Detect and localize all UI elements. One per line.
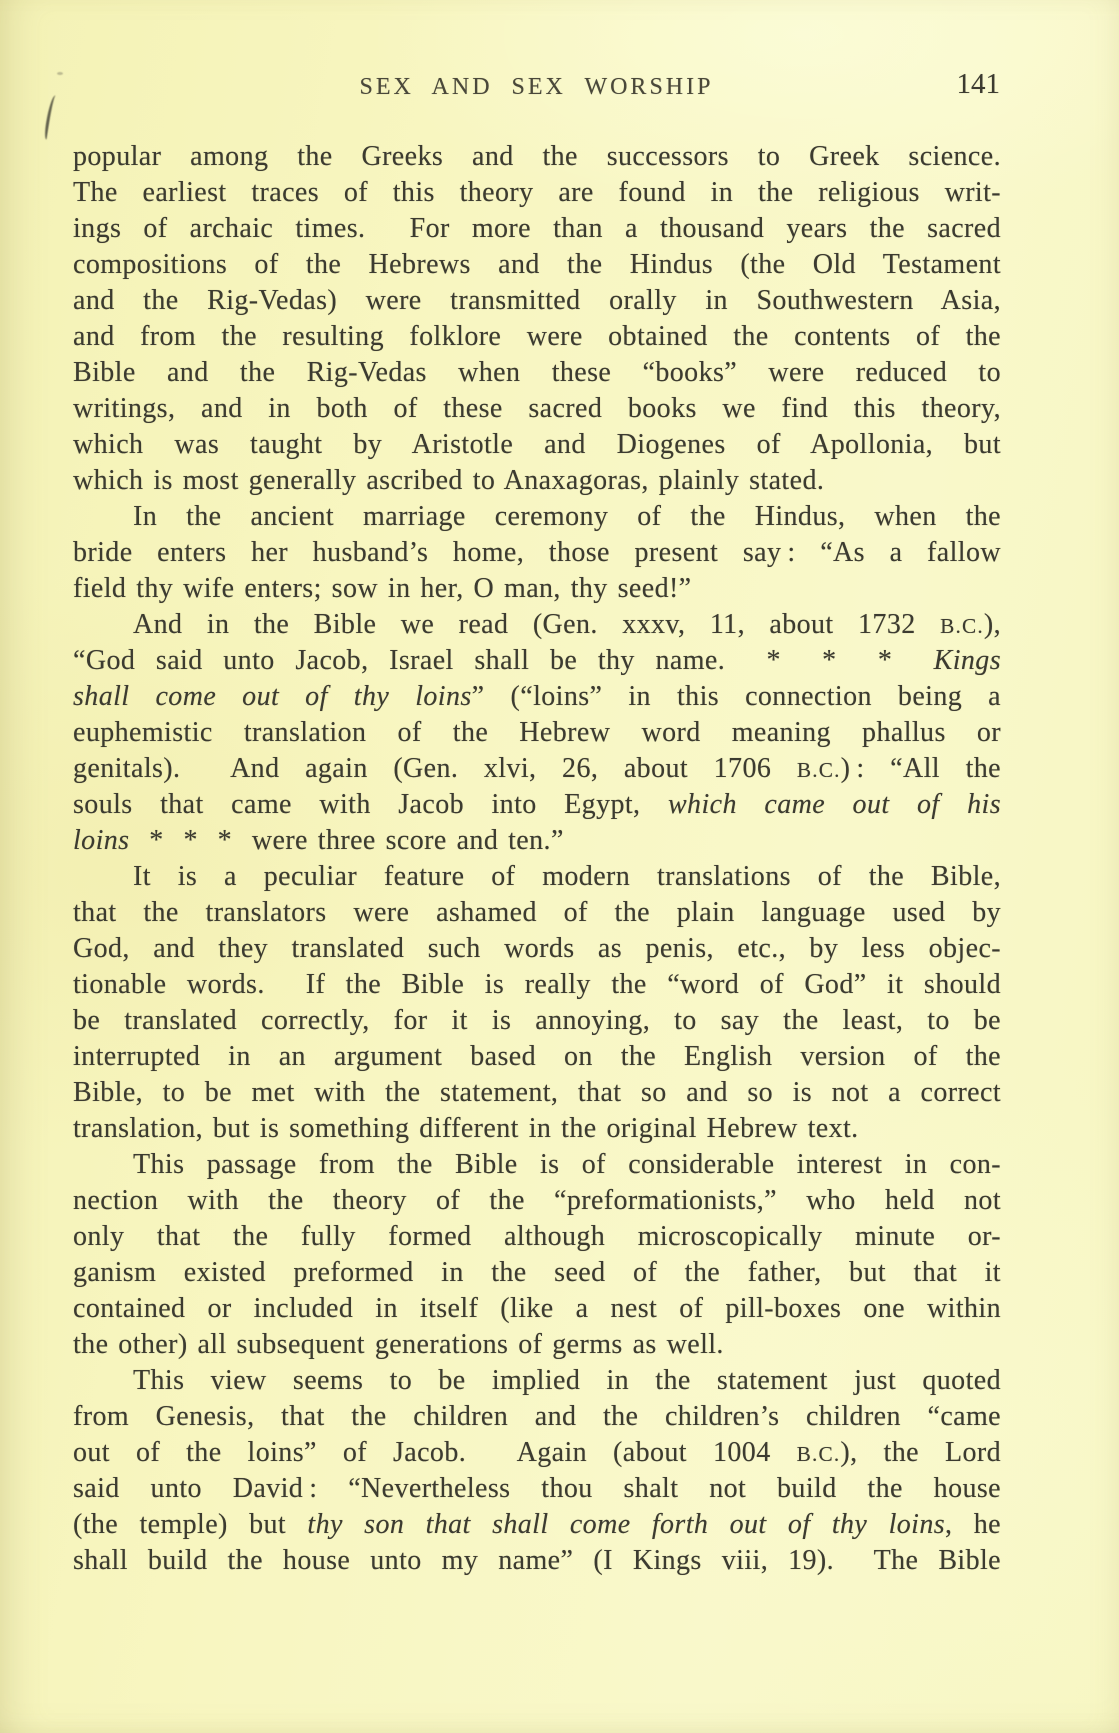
text-line: translation, but is something different …	[73, 1111, 1001, 1147]
text-line: shall come out of thy loins” (“loins” in…	[73, 679, 1001, 715]
body-text-segment: that the translators were ashamed of the…	[73, 897, 1001, 928]
body-text-segment: shall build the house unto my name” (I K…	[73, 1545, 1001, 1576]
paragraph: This view seems to be implied in the sta…	[73, 1363, 1001, 1579]
small-caps-text: B.C.	[797, 758, 841, 782]
body-text-segment: ), the Lord	[840, 1437, 1001, 1468]
body-text-segment: be translated correctly, for it is annoy…	[73, 1005, 1001, 1036]
text-line: that the translators were ashamed of the…	[73, 895, 1001, 931]
text-line: This view seems to be implied in the sta…	[73, 1363, 1001, 1399]
body-text-segment: which is most generally ascribed to Anax…	[73, 465, 824, 496]
paragraph: popular among the Greeks and the success…	[73, 139, 1001, 499]
text-line: The earliest traces of this theory are f…	[73, 175, 1001, 211]
body-text-segment: , he	[945, 1509, 1001, 1540]
text-line: ings of archaic times. For more than a t…	[73, 211, 1001, 247]
text-line: God, and they translated such words as p…	[73, 931, 1001, 967]
body-text-segment: “God said unto Jacob, Israel shall be th…	[73, 645, 934, 676]
body-text-segment: interrupted in an argument based on the …	[73, 1041, 1001, 1072]
text-line: contained or included in itself (like a …	[73, 1291, 1001, 1327]
body-text-segment: This view seems to be implied in the sta…	[133, 1365, 1001, 1396]
book-page: SEX AND SEX WORSHIP 141 popular among th…	[0, 0, 1119, 1733]
body-text-segment: translation, but is something different …	[73, 1113, 859, 1144]
italic-text: shall come out of thy loins	[73, 681, 472, 712]
body-text-segment: ) : “All the	[841, 753, 1001, 784]
text-line: loins * * * were three score and ten.”	[73, 823, 1001, 859]
text-line: (the temple) but thy son that shall come…	[73, 1507, 1001, 1543]
running-head-title: SEX AND SEX WORSHIP	[73, 73, 1000, 101]
body-text-segment: contained or included in itself (like a …	[73, 1293, 1001, 1324]
text-line: In the ancient marriage ceremony of the …	[73, 499, 1001, 535]
text-line: bride enters her husband’s home, those p…	[73, 535, 1001, 571]
body-text-segment: The earliest traces of this theory are f…	[73, 177, 1001, 208]
body-text-segment: euphemistic translation of the Hebrew wo…	[73, 717, 1001, 748]
paragraph: This passage from the Bible is of consid…	[73, 1147, 1001, 1363]
text-line: from Genesis, that the children and the …	[73, 1399, 1001, 1435]
paragraph: In the ancient marriage ceremony of the …	[73, 499, 1001, 607]
text-line: and the Rig-Vedas) were transmitted oral…	[73, 283, 1001, 319]
italic-text: loins	[73, 825, 129, 856]
small-caps-text: B.C.	[797, 1442, 841, 1466]
text-line: which was taught by Aristotle and Diogen…	[73, 427, 1001, 463]
body-text-segment: ),	[984, 609, 1001, 640]
body-text-segment: God, and they translated such words as p…	[73, 933, 1001, 964]
text-line: be translated correctly, for it is annoy…	[73, 1003, 1001, 1039]
body-text-segment: said unto David : “Nevertheless thou sha…	[73, 1473, 1001, 1504]
page-header: SEX AND SEX WORSHIP 141	[73, 71, 1000, 103]
paragraph: And in the Bible we read (Gen. xxxv, 11,…	[73, 607, 1001, 859]
body-text-segment: and from the resulting folklore were obt…	[73, 321, 1001, 352]
body-text-segment: (the temple) but	[73, 1509, 307, 1540]
body-text-segment: popular among the Greeks and the success…	[73, 141, 1001, 172]
text-line: interrupted in an argument based on the …	[73, 1039, 1001, 1075]
text-line: “God said unto Jacob, Israel shall be th…	[73, 643, 1001, 679]
body-text-segment: ” (“loins” in this connection being a	[472, 681, 1001, 712]
body-text-segment: * * * were three score and ten.”	[129, 825, 563, 856]
body-text-segment: And in the Bible we read (Gen. xxxv, 11,…	[133, 609, 940, 640]
body-text-segment: nection with the theory of the “preforma…	[73, 1185, 1001, 1216]
page-body: popular among the Greeks and the success…	[73, 139, 1001, 1579]
page-number: 141	[957, 68, 1001, 100]
text-line: Bible and the Rig-Vedas when these “book…	[73, 355, 1001, 391]
body-text-segment: which was taught by Aristotle and Diogen…	[73, 429, 1001, 460]
text-line: nection with the theory of the “preforma…	[73, 1183, 1001, 1219]
scan-speck-artifact	[57, 72, 63, 75]
text-line: popular among the Greeks and the success…	[73, 139, 1001, 175]
body-text-segment: Bible, to be met with the statement, tha…	[73, 1077, 1001, 1108]
body-text-segment: from Genesis, that the children and the …	[73, 1401, 1001, 1432]
text-line: shall build the house unto my name” (I K…	[73, 1543, 1001, 1579]
text-line: genitals). And again (Gen. xlvi, 26, abo…	[73, 751, 1001, 787]
italic-text: Kings	[934, 645, 1001, 676]
text-line: writings, and in both of these sacred bo…	[73, 391, 1001, 427]
text-line: said unto David : “Nevertheless thou sha…	[73, 1471, 1001, 1507]
body-text-segment: In the ancient marriage ceremony of the …	[133, 501, 1001, 532]
body-text-segment: souls that came with Jacob into Egypt,	[73, 789, 668, 820]
text-line: It is a peculiar feature of modern trans…	[73, 859, 1001, 895]
text-line: tionable words. If the Bible is really t…	[73, 967, 1001, 1003]
text-line: and from the resulting folklore were obt…	[73, 319, 1001, 355]
body-text-segment: compositions of the Hebrews and the Hind…	[73, 249, 1001, 280]
paragraph: It is a peculiar feature of modern trans…	[73, 859, 1001, 1147]
body-text-segment: This passage from the Bible is of consid…	[133, 1149, 1001, 1180]
italic-text: which came out of his	[668, 789, 1001, 820]
body-text-segment: It is a peculiar feature of modern trans…	[133, 861, 1001, 892]
text-line: ganism existed preformed in the seed of …	[73, 1255, 1001, 1291]
body-text-segment: and the Rig-Vedas) were transmitted oral…	[73, 285, 1001, 316]
text-line: This passage from the Bible is of consid…	[73, 1147, 1001, 1183]
body-text-segment: writings, and in both of these sacred bo…	[73, 393, 1001, 424]
text-line: Bible, to be met with the statement, tha…	[73, 1075, 1001, 1111]
text-line: And in the Bible we read (Gen. xxxv, 11,…	[73, 607, 1001, 643]
body-text-segment: genitals). And again (Gen. xlvi, 26, abo…	[73, 753, 797, 784]
text-line: souls that came with Jacob into Egypt, w…	[73, 787, 1001, 823]
text-line: only that the fully formed although micr…	[73, 1219, 1001, 1255]
body-text-segment: field thy wife enters; sow in her, O man…	[73, 573, 692, 604]
text-line: euphemistic translation of the Hebrew wo…	[73, 715, 1001, 751]
text-line: compositions of the Hebrews and the Hind…	[73, 247, 1001, 283]
body-text-segment: Bible and the Rig-Vedas when these “book…	[73, 357, 1001, 388]
scan-smudge-artifact	[44, 95, 59, 141]
body-text-segment: bride enters her husband’s home, those p…	[73, 537, 1001, 568]
body-text-segment: tionable words. If the Bible is really t…	[73, 969, 1001, 1000]
text-line: which is most generally ascribed to Anax…	[73, 463, 1001, 499]
body-text-segment: only that the fully formed although micr…	[73, 1221, 1001, 1252]
text-line: out of the loins” of Jacob. Again (about…	[73, 1435, 1001, 1471]
italic-text: thy son that shall come forth out of thy…	[307, 1509, 945, 1540]
small-caps-text: B.C.	[940, 614, 984, 638]
body-text-segment: ganism existed preformed in the seed of …	[73, 1257, 1001, 1288]
body-text-segment: ings of archaic times. For more than a t…	[73, 213, 1001, 244]
text-line: the other) all subsequent generations of…	[73, 1327, 1001, 1363]
text-line: field thy wife enters; sow in her, O man…	[73, 571, 1001, 607]
body-text-segment: out of the loins” of Jacob. Again (about…	[73, 1437, 797, 1468]
body-text-segment: the other) all subsequent generations of…	[73, 1329, 724, 1360]
